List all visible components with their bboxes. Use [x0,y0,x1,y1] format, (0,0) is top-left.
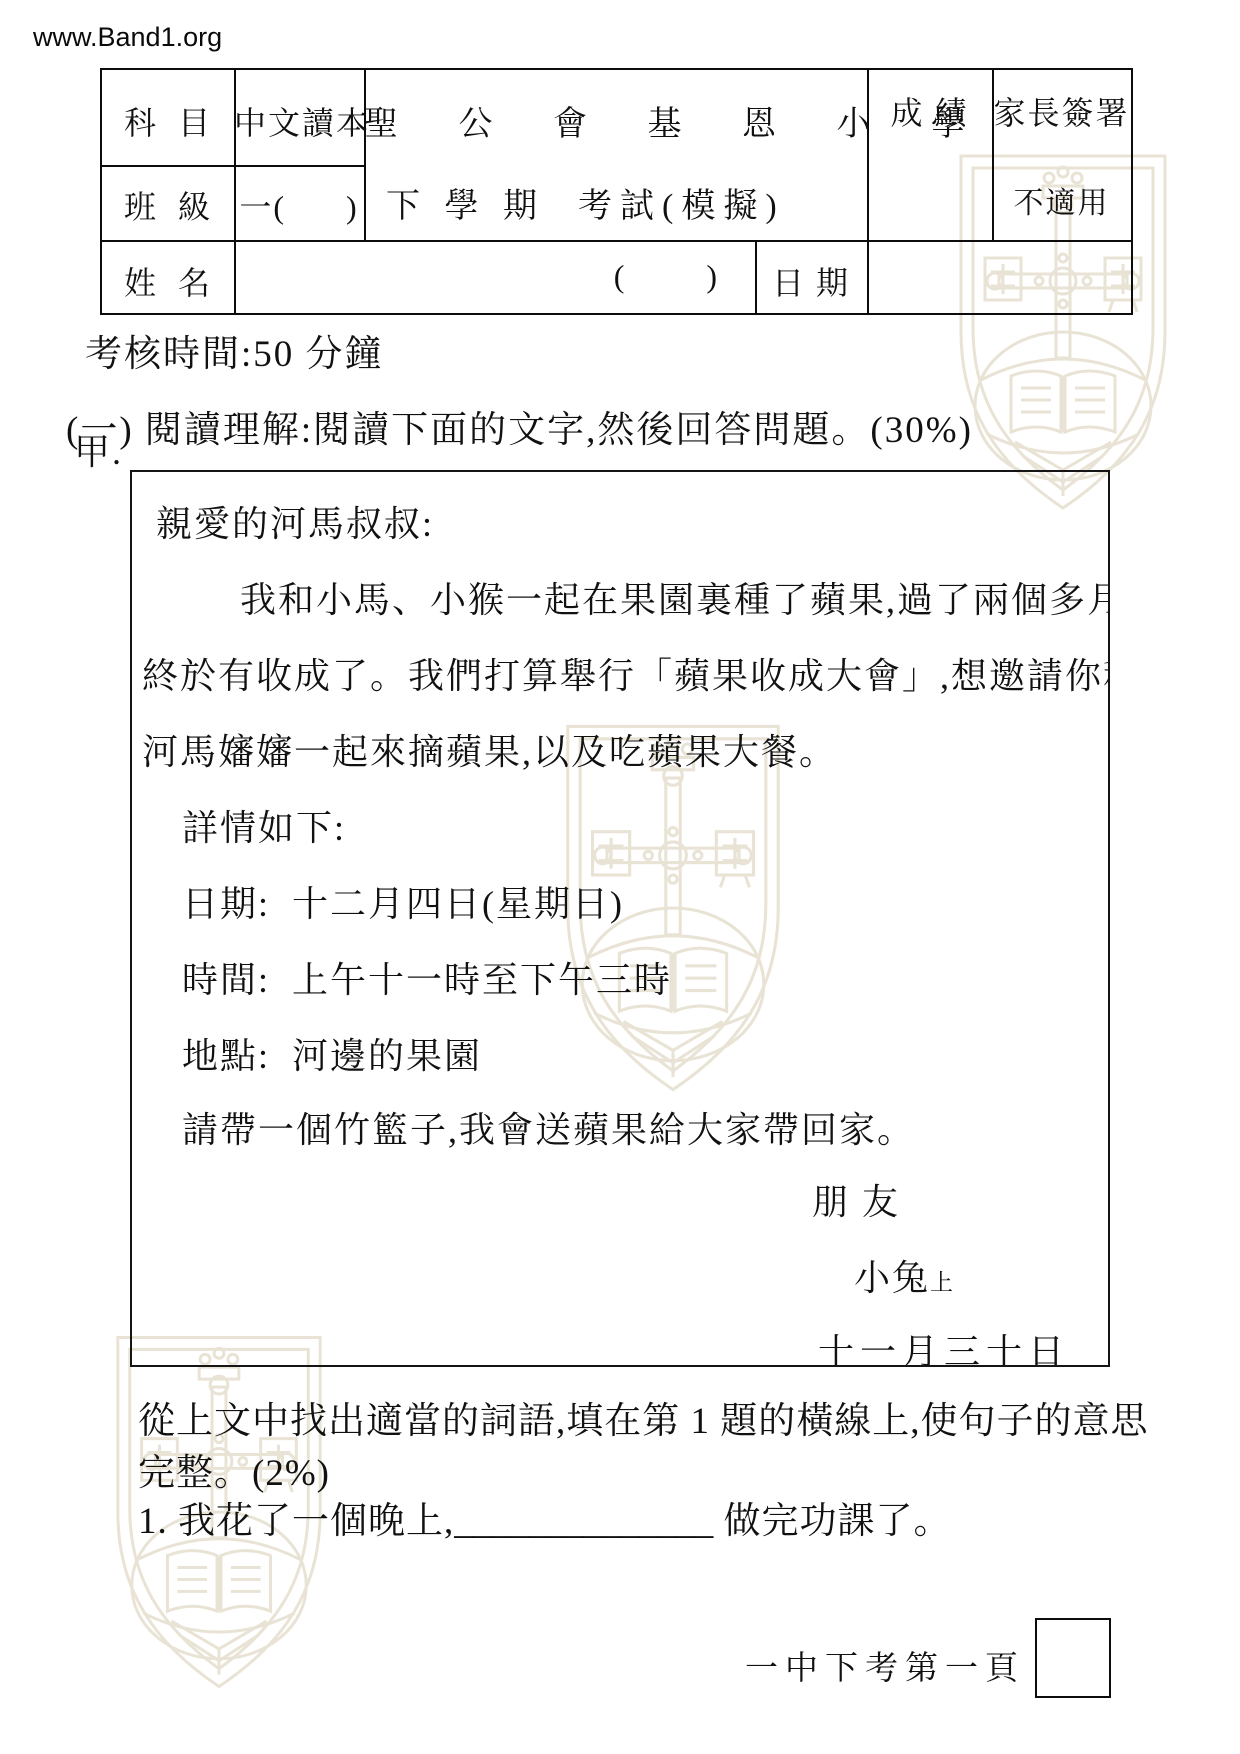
score-label: 成 績 [867,88,992,134]
signoff-suffix-text: 上 [930,1270,955,1295]
date-label: 日 期 [755,258,867,304]
letter-paragraph-line: 終於有收成了。我們打算舉行「蘋果收成大會」,想邀請你和 [142,648,1110,699]
section1-heading: (一) 閱讀理解:閱讀下面的文字,然後回答問題。(30%) [66,399,973,453]
exam-title: 下 學 期 考試(模擬) [386,178,867,227]
letter-signoff-role: 朋友 [812,1174,912,1225]
name-label: 姓 名 [102,258,234,304]
school-name: 聖 公 會 基 恩 小 學 [364,96,867,145]
reading-passage-box: 親愛的河馬叔叔: 我和小馬、小猴一起在果園裏種了蘋果,過了兩個多月, 終於有收成… [130,470,1110,1367]
parent-signature-value: 不適用 [992,178,1131,222]
subject-label: 科 目 [102,98,234,144]
exam-paper-page: www.Band1.org 科 目 中文讀本 聖 公 會 基 恩 小 學 下 學… [0,0,1240,1754]
question-1-line: 1. 我花了一個晚上,______________ 做完功課了。 [138,1490,952,1544]
parent-signature-label: 家長簽署 [992,88,1131,134]
page-number-box [1035,1618,1111,1698]
instruction-line-1: 從上文中找出適當的詞語,填在第 1 題的橫線上,使句子的意思 [138,1390,1149,1444]
question-1-number: 1. [138,1501,168,1542]
class-label: 班 級 [102,182,234,228]
letter-signoff-name: 小兔上 [854,1250,955,1301]
site-link[interactable]: www.Band1.org [33,22,222,53]
question-1-text-after: 做完功課了。 [724,1501,952,1542]
signoff-name-text: 小兔 [854,1258,930,1298]
class-value: 一( ) [234,182,364,228]
exam-header-table: 科 目 中文讀本 聖 公 會 基 恩 小 學 下 學 期 考試(模擬) 成 績 … [100,68,1133,315]
subject-value: 中文讀本 [234,98,364,144]
letter-paragraph-line: 河馬嬸嬸一起來摘蘋果,以及吃蘋果大餐。 [142,724,837,775]
table-divider [102,165,366,167]
letter-details-heading: 詳情如下: [182,800,346,851]
part-a-label: 甲. [74,424,123,475]
letter-closing-line: 請帶一個竹籃子,我會送蘋果給大家帶回家。 [182,1102,915,1153]
question-1-blank[interactable]: ______________ [454,1501,713,1542]
letter-paragraph-line: 我和小馬、小猴一起在果園裏種了蘋果,過了兩個多月, [240,572,1110,623]
name-paren: ( ) [364,258,719,295]
duration-line: 考核時間:50 分鐘 [85,323,384,377]
footer-page-label: 一中下考第一頁 [745,1642,1025,1689]
letter-detail-date: 日期: 十二月四日(星期日) [182,876,624,927]
letter-salutation: 親愛的河馬叔叔: [156,496,434,547]
table-divider [102,240,1131,242]
letter-signoff-date: 十一月三十日 [818,1324,1070,1367]
question-1-text-before: 我花了一個晚上, [178,1501,454,1542]
instruction-line-2: 完整。(2%) [138,1442,330,1496]
letter-detail-time: 時間: 上午十一時至下午三時 [182,952,672,1003]
letter-detail-place: 地點: 河邊的果園 [182,1028,482,1079]
